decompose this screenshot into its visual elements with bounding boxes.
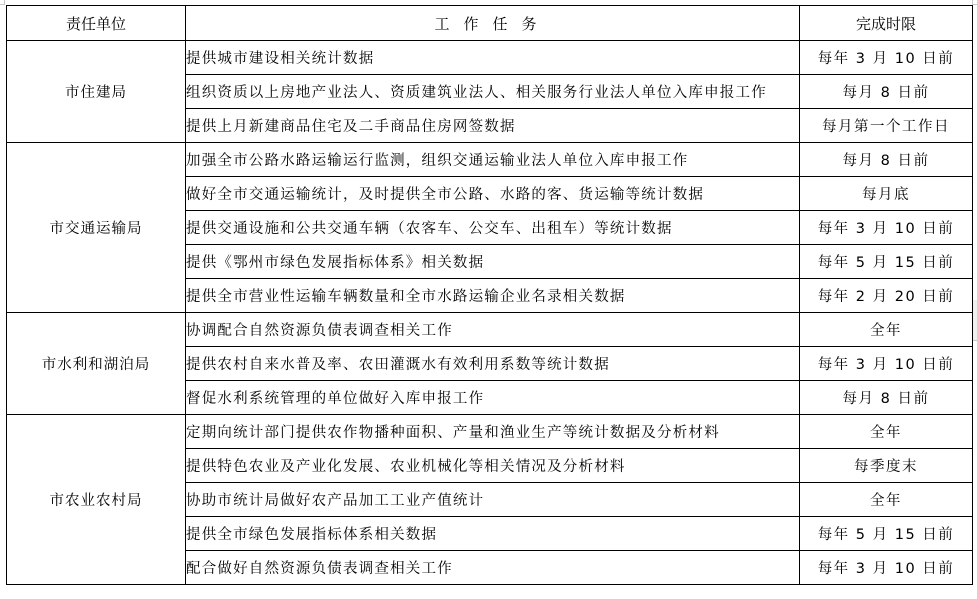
deadline-cell: 每月 8 日前: [800, 75, 973, 109]
task-cell: 提供城市建设相关统计数据: [186, 41, 800, 75]
deadline-cell: 每年 3 月 10 日前: [800, 211, 973, 245]
unit-cell: 市水利和湖泊局: [7, 313, 186, 415]
deadline-cell: 每年 3 月 10 日前: [800, 41, 973, 75]
deadline-cell: 每月第一个工作日: [800, 109, 973, 143]
deadline-cell: 全年: [800, 415, 973, 449]
table-row: 市农业农村局 定期向统计部门提供农作物播种面积、产量和渔业生产等统计数据及分析材…: [7, 415, 973, 449]
deadline-cell: 每月 8 日前: [800, 143, 973, 177]
deadline-cell: 每季度末: [800, 449, 973, 483]
header-work-task: 工作任务: [186, 6, 800, 41]
task-cell: 提供特色农业及产业化发展、农业机械化等相关情况及分析材料: [186, 449, 800, 483]
task-cell: 提供全市营业性运输车辆数量和全市水路运输企业名录相关数据: [186, 279, 800, 313]
header-deadline: 完成时限: [800, 6, 973, 41]
task-cell: 督促水利系统管理的单位做好入库申报工作: [186, 381, 800, 415]
unit-cell: 市交通运输局: [7, 143, 186, 313]
task-cell: 提供上月新建商品住宅及二手商品住房网签数据: [186, 109, 800, 143]
task-cell: 协助市统计局做好农产品加工工业产值统计: [186, 483, 800, 517]
task-cell: 提供《鄂州市绿色发展指标体系》相关数据: [186, 245, 800, 279]
task-cell: 加强全市公路水路运输运行监测，组织交通运输业法人单位入库申报工作: [186, 143, 800, 177]
table-row: 市住建局 提供城市建设相关统计数据 每年 3 月 10 日前: [7, 41, 973, 75]
unit-cell: 市农业农村局: [7, 415, 186, 585]
task-cell: 提供全市绿色发展指标体系相关数据: [186, 517, 800, 551]
task-cell: 提供农村自来水普及率、农田灌溉水有效利用系数等统计数据: [186, 347, 800, 381]
deadline-cell: 每年 3 月 10 日前: [800, 347, 973, 381]
table-row: 市交通运输局 加强全市公路水路运输运行监测，组织交通运输业法人单位入库申报工作 …: [7, 143, 973, 177]
deadline-cell: 每月 8 日前: [800, 381, 973, 415]
table-header-row: 责任单位 工作任务 完成时限: [7, 6, 973, 41]
unit-cell: 市住建局: [7, 41, 186, 143]
deadline-cell: 每年 5 月 15 日前: [800, 245, 973, 279]
deadline-cell: 每年 5 月 15 日前: [800, 517, 973, 551]
task-cell: 组织资质以上房地产业法人、资质建筑业法人、相关服务行业法人单位入库申报工作: [186, 75, 800, 109]
deadline-cell: 每年 3 月 10 日前: [800, 551, 973, 585]
task-cell: 做好全市交通运输统计，及时提供全市公路、水路的客、货运输等统计数据: [186, 177, 800, 211]
deadline-cell: 每月底: [800, 177, 973, 211]
task-cell: 提供交通设施和公共交通车辆（农客车、公交车、出租车）等统计数据: [186, 211, 800, 245]
table-row: 市水利和湖泊局 协调配合自然资源负债表调查相关工作 全年: [7, 313, 973, 347]
deadline-cell: 全年: [800, 483, 973, 517]
responsibility-task-table: 责任单位 工作任务 完成时限 市住建局 提供城市建设相关统计数据 每年 3 月 …: [6, 5, 973, 585]
deadline-cell: 全年: [800, 313, 973, 347]
header-responsible-unit: 责任单位: [7, 6, 186, 41]
task-cell: 配合做好自然资源负债表调查相关工作: [186, 551, 800, 585]
deadline-cell: 每年 2 月 20 日前: [800, 279, 973, 313]
task-cell: 协调配合自然资源负债表调查相关工作: [186, 313, 800, 347]
page-corner-mark-top-left: [0, 0, 5, 5]
task-cell: 定期向统计部门提供农作物播种面积、产量和渔业生产等统计数据及分析材料: [186, 415, 800, 449]
